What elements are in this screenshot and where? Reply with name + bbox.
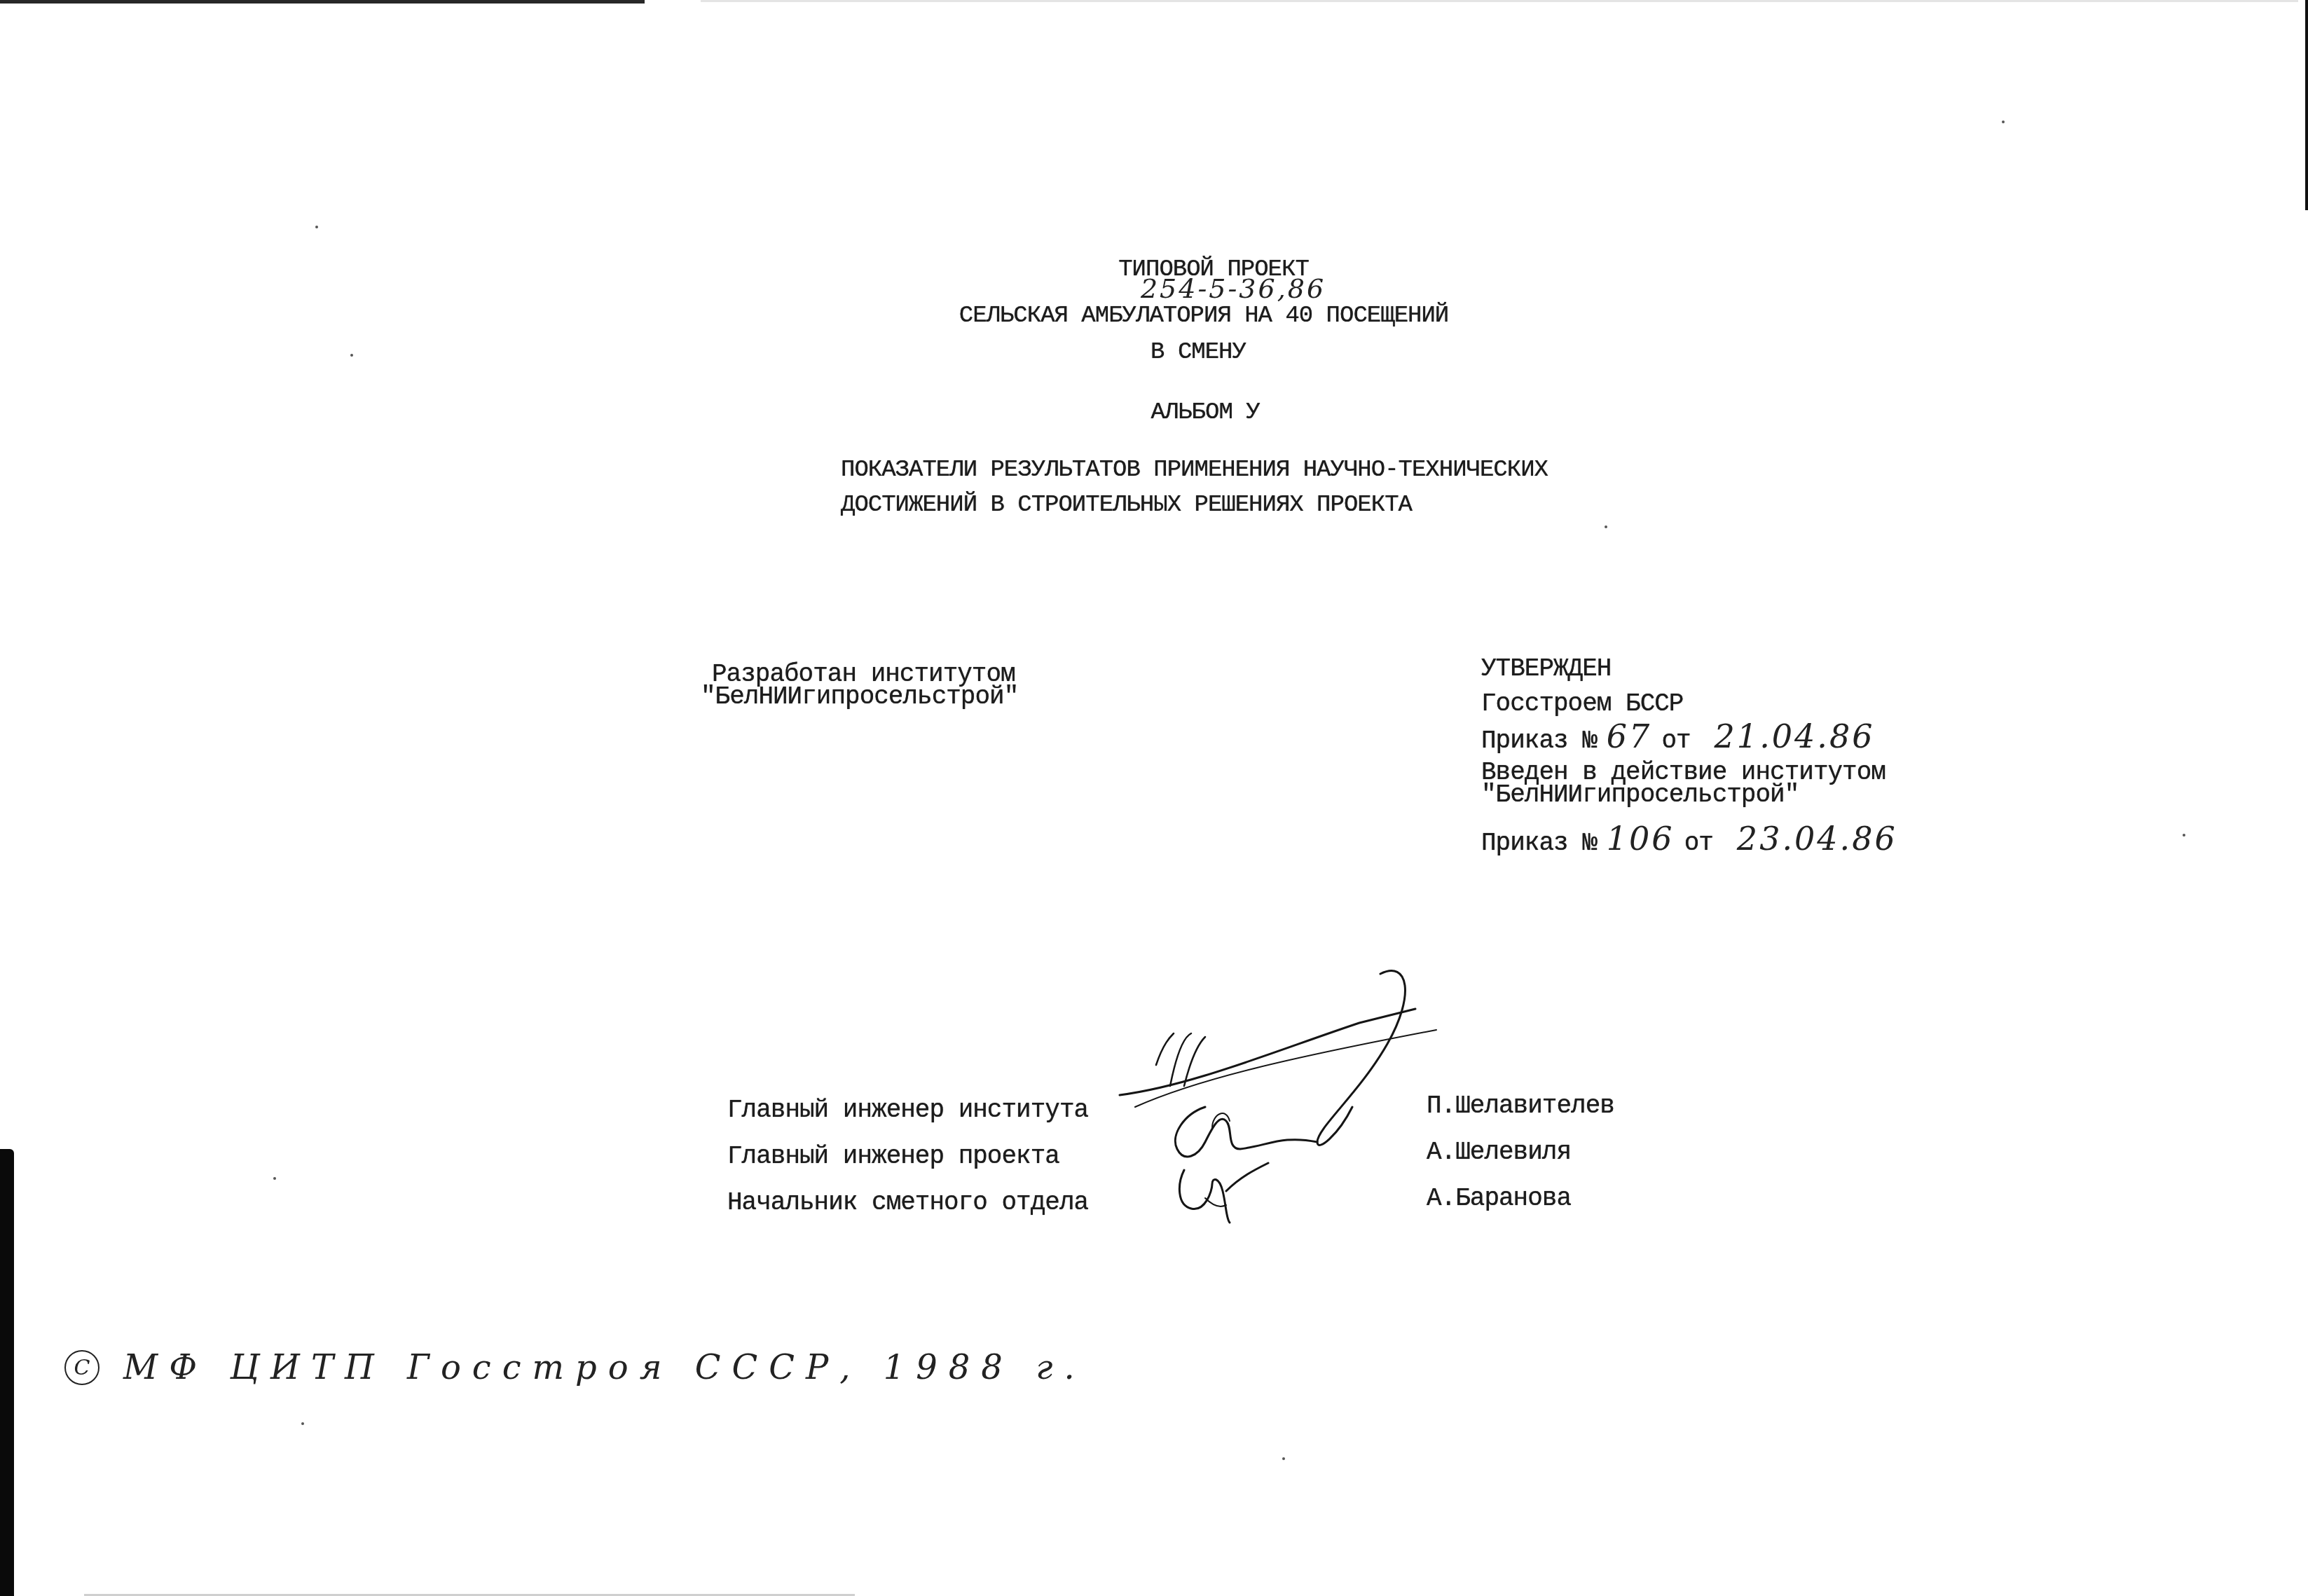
copyright-text: МФ ЦИТП Госстроя СССР, 1988 г. (123, 1348, 1086, 1387)
order1-from: от (1661, 727, 1690, 755)
approval-order-2: Приказ № 106 от 23.04.86 (1481, 820, 1897, 862)
album-label: АЛЬБОМ У (1150, 399, 1259, 426)
developed-by-line2: "БелНИИгипросельстрой" (701, 682, 1018, 711)
order2-from: от (1684, 829, 1713, 858)
signatory-position-1: Главный инженер института (727, 1096, 1088, 1124)
project-number: 254-5-36,86 (1141, 273, 1326, 304)
copyright-line: C МФ ЦИТП Госстроя СССР, 1988 г. (64, 1348, 1086, 1387)
signature-strokes (1107, 967, 1541, 1261)
order1-prefix: Приказ № (1481, 727, 1597, 755)
scan-edge-top-faint (701, 0, 2298, 2)
scan-speck (1605, 525, 1607, 528)
scan-speck (2002, 121, 2005, 123)
scan-edge-right (2305, 0, 2308, 210)
scan-speck (2183, 834, 2185, 837)
order2-number: 106 (1607, 820, 1675, 858)
scan-edge-top (0, 0, 645, 4)
order1-date: 21.04.86 (1715, 717, 1875, 755)
project-title-line2: В СМЕНУ (1150, 339, 1246, 366)
scan-speck (350, 354, 353, 357)
order2-prefix: Приказ № (1481, 829, 1597, 858)
subject-line2: ДОСТИЖЕНИЙ В СТРОИТЕЛЬНЫХ РЕШЕНИЯХ ПРОЕК… (841, 492, 1412, 518)
scan-speck (315, 226, 318, 228)
order1-number: 67 (1607, 717, 1652, 755)
approval-heading: УТВЕРЖДЕН (1481, 654, 1611, 683)
subject-line1: ПОКАЗАТЕЛИ РЕЗУЛЬТАТОВ ПРИМЕНЕНИЯ НАУЧНО… (841, 457, 1548, 483)
signatory-position-3: Начальник сметного отдела (727, 1188, 1088, 1217)
scan-speck (273, 1177, 276, 1180)
project-title-line1: СЕЛЬСКАЯ АМБУЛАТОРИЯ НА 40 ПОСЕЩЕНИЙ (959, 303, 1449, 329)
signatory-position-2: Главный инженер проекта (727, 1142, 1059, 1171)
document-page: ТИПОВОЙ ПРОЕКТ 254-5-36,86 СЕЛЬСКАЯ АМБУ… (0, 0, 2308, 1596)
scan-speck (1282, 1457, 1285, 1460)
scan-speck (301, 1422, 304, 1425)
scan-edge-left (0, 1149, 14, 1596)
order2-date: 23.04.86 (1737, 820, 1897, 858)
enacted-line2: "БелНИИгипросельстрой" (1481, 780, 1799, 809)
approval-order-1: Приказ № 67 от 21.04.86 (1481, 717, 1874, 759)
approval-authority: Госстроем БССР (1481, 689, 1683, 718)
copyright-icon: C (64, 1350, 99, 1385)
